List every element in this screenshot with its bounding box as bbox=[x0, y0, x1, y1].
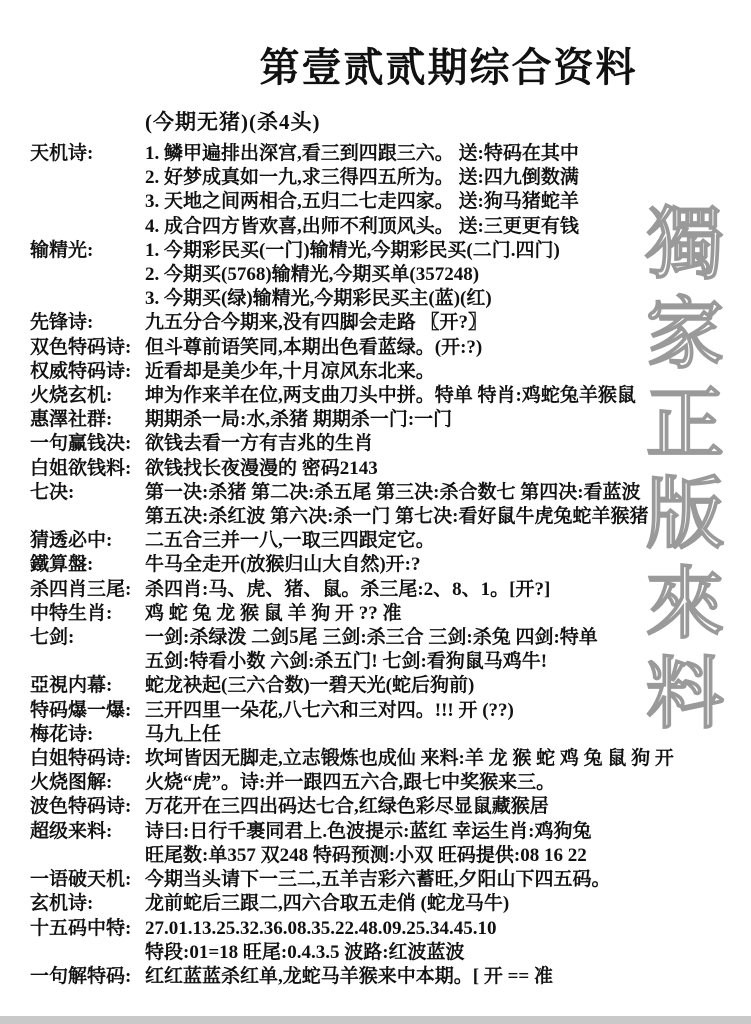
row-content: 诗曰:日行千裹同君上.色波提示:蓝红 幸运生肖:鸡狗兔旺尾数:单357 双248… bbox=[145, 820, 751, 868]
row-content: 牛马全走开(放猴归山大自然)开:? bbox=[145, 553, 751, 577]
row-line: 火烧“虎”。诗:并一跟四五六合,跟七中奖猴来三。 bbox=[145, 771, 751, 795]
data-row: 火烧图解:火烧“虎”。诗:并一跟四五六合,跟七中奖猴来三。 bbox=[30, 771, 751, 795]
row-line: 第五决:杀红波 第六决:杀一门 第七决:看好鼠牛虎兔蛇羊猴猪 bbox=[145, 505, 751, 529]
row-label: 波色特码诗: bbox=[30, 795, 145, 819]
data-row: 波色特码诗:万花开在三四出码达七合,红绿色彩尽显鼠藏猴居 bbox=[30, 795, 751, 819]
content-rows: 天机诗:1. 鳞甲遍排出深宫,看三到四跟三六。 送:特码在其中2. 好梦成真如一… bbox=[0, 142, 751, 989]
row-label: 白姐欲钱料: bbox=[30, 457, 145, 481]
row-content: 火烧“虎”。诗:并一跟四五六合,跟七中奖猴来三。 bbox=[145, 771, 751, 795]
row-line: 特段:01=18 旺尾:0.4.3.5 波路:红波蓝波 bbox=[145, 941, 751, 965]
row-line: 第一决:杀猪 第二决:杀五尾 第三决:杀合数七 第四决:看蓝波 bbox=[145, 481, 751, 505]
row-line: 一剑:杀绿泼 二剑5尾 三剑:杀三合 三剑:杀兔 四剑:特单 bbox=[145, 626, 751, 650]
row-content: 今期当头请下一三二,五羊吉彩六蓄旺,夕阳山下四五码。 bbox=[145, 868, 751, 892]
row-label: 火烧图解: bbox=[30, 771, 145, 795]
row-label: 亞視内幕: bbox=[30, 674, 145, 698]
row-label: 鐵算盤: bbox=[30, 553, 145, 577]
row-content: 近看却是美少年,十月凉风东北来。 bbox=[145, 360, 751, 384]
data-row: 一语破天机:今期当头请下一三二,五羊吉彩六蓄旺,夕阳山下四五码。 bbox=[30, 868, 751, 892]
row-line: 二五合三并一八,一取三四跟定它。 bbox=[145, 529, 751, 553]
data-row: 白姐欲钱料:欲钱找长夜漫漫的 密码2143 bbox=[30, 457, 751, 481]
row-content: 九五分合今期来,没有四脚会走路 〖开?〗 bbox=[145, 311, 751, 335]
lottery-info-sheet: 第壹贰贰期综合资料 (今期无猪)(杀4头) 天机诗:1. 鳞甲遍排出深宫,看三到… bbox=[0, 0, 751, 1024]
data-row: 先锋诗:九五分合今期来,没有四脚会走路 〖开?〗 bbox=[30, 311, 751, 335]
row-label: 天机诗: bbox=[30, 142, 145, 166]
row-line: 1. 鳞甲遍排出深宫,看三到四跟三六。 送:特码在其中 bbox=[145, 142, 751, 166]
page-title: 第壹贰贰期综合资料 bbox=[0, 0, 751, 90]
row-line: 红红蓝蓝杀红单,龙蛇马羊猴来中本期。[ 开 == 准 bbox=[145, 965, 751, 989]
row-line: 3. 今期买(绿)输精光,今期彩民买主(蓝)(红) bbox=[145, 287, 751, 311]
row-line: 鸡 蛇 兔 龙 猴 鼠 羊 狗 开 ?? 准 bbox=[145, 602, 751, 626]
row-content: 龙前蛇后三跟二,四六合取五走俏 (蛇龙马牛) bbox=[145, 892, 751, 916]
row-line: 但斗尊前语笑同,本期出色看蓝绿。(开:?) bbox=[145, 336, 751, 360]
data-row: 一句赢钱决:欲钱去看一方有吉兆的生肖 bbox=[30, 432, 751, 456]
row-content: 欲钱找长夜漫漫的 密码2143 bbox=[145, 457, 751, 481]
row-content: 坎坷皆因无脚走,立志锻炼也成仙 来料:羊 龙 猴 蛇 鸡 兔 鼠 狗 开 bbox=[145, 747, 751, 771]
bottom-gray-bar bbox=[0, 1016, 751, 1024]
row-content: 马九上任 bbox=[145, 723, 751, 747]
row-content: 坤为作来羊在位,两支曲刀头中拼。特单 特肖:鸡蛇兔羊猴鼠 bbox=[145, 384, 751, 408]
row-content: 27.01.13.25.32.36.08.35.22.48.09.25.34.4… bbox=[145, 917, 751, 965]
row-label: 七决: bbox=[30, 481, 145, 505]
row-line: 今期当头请下一三二,五羊吉彩六蓄旺,夕阳山下四五码。 bbox=[145, 868, 751, 892]
row-label: 杀四肖三尾: bbox=[30, 578, 145, 602]
row-line: 1. 今期彩民买(一门)输精光,今期彩民买(二门.四门) bbox=[145, 239, 751, 263]
data-row: 权威特码诗:近看却是美少年,十月凉风东北来。 bbox=[30, 360, 751, 384]
row-content: 第一决:杀猪 第二决:杀五尾 第三决:杀合数七 第四决:看蓝波第五决:杀红波 第… bbox=[145, 481, 751, 529]
row-content: 红红蓝蓝杀红单,龙蛇马羊猴来中本期。[ 开 == 准 bbox=[145, 965, 751, 989]
data-row: 七剑:一剑:杀绿泼 二剑5尾 三剑:杀三合 三剑:杀兔 四剑:特单五剑:特看小数… bbox=[30, 626, 751, 674]
row-content: 1. 鳞甲遍排出深宫,看三到四跟三六。 送:特码在其中2. 好梦成真如一九,求三… bbox=[145, 142, 751, 239]
data-row: 鐵算盤: 牛马全走开(放猴归山大自然)开:? bbox=[30, 553, 751, 577]
row-line: 万花开在三四出码达七合,红绿色彩尽显鼠藏猴居 bbox=[145, 795, 751, 819]
row-line: 近看却是美少年,十月凉风东北来。 bbox=[145, 360, 751, 384]
row-label: 梅花诗: bbox=[30, 723, 145, 747]
row-line: 3. 天地之间两相合,五归二七走四家。 送:狗马猪蛇羊 bbox=[145, 190, 751, 214]
row-line: 2. 今期买(5768)输精光,今期买单(357248) bbox=[145, 263, 751, 287]
data-row: 七决:第一决:杀猪 第二决:杀五尾 第三决:杀合数七 第四决:看蓝波第五决:杀红… bbox=[30, 481, 751, 529]
row-label: 先锋诗: bbox=[30, 311, 145, 335]
row-label: 七剑: bbox=[30, 626, 145, 650]
row-label: 猜透必中: bbox=[30, 529, 145, 553]
row-line: 龙前蛇后三跟二,四六合取五走俏 (蛇龙马牛) bbox=[145, 892, 751, 916]
row-line: 期期杀一局:水,杀猪 期期杀一门:一门 bbox=[145, 408, 751, 432]
data-row: 十五码中特:27.01.13.25.32.36.08.35.22.48.09.2… bbox=[30, 917, 751, 965]
row-line: 欲钱去看一方有吉兆的生肖 bbox=[145, 432, 751, 456]
row-content: 期期杀一局:水,杀猪 期期杀一门:一门 bbox=[145, 408, 751, 432]
row-label: 输精光: bbox=[30, 239, 145, 263]
row-content: 蛇龙袂起(三六合数)一碧天光(蛇后狗前) bbox=[145, 674, 751, 698]
data-row: 杀四肖三尾:杀四肖:马、虎、猪、鼠。杀三尾:2、8、1。[开?] bbox=[30, 578, 751, 602]
row-label: 火烧玄机: bbox=[30, 384, 145, 408]
data-row: 火烧玄机:坤为作来羊在位,两支曲刀头中拼。特单 特肖:鸡蛇兔羊猴鼠 bbox=[30, 384, 751, 408]
data-row: 白姐特码诗:坎坷皆因无脚走,立志锻炼也成仙 来料:羊 龙 猴 蛇 鸡 兔 鼠 狗… bbox=[30, 747, 751, 771]
row-line: 牛马全走开(放猴归山大自然)开:? bbox=[145, 553, 751, 577]
data-row: 一句解特码:红红蓝蓝杀红单,龙蛇马羊猴来中本期。[ 开 == 准 bbox=[30, 965, 751, 989]
data-row: 天机诗:1. 鳞甲遍排出深宫,看三到四跟三六。 送:特码在其中2. 好梦成真如一… bbox=[30, 142, 751, 239]
data-row: 中特生肖:鸡 蛇 兔 龙 猴 鼠 羊 狗 开 ?? 准 bbox=[30, 602, 751, 626]
row-line: 坤为作来羊在位,两支曲刀头中拼。特单 特肖:鸡蛇兔羊猴鼠 bbox=[145, 384, 751, 408]
row-label: 双色特码诗: bbox=[30, 336, 145, 360]
data-row: 猜透必中:二五合三并一八,一取三四跟定它。 bbox=[30, 529, 751, 553]
row-content: 万花开在三四出码达七合,红绿色彩尽显鼠藏猴居 bbox=[145, 795, 751, 819]
row-label: 权威特码诗: bbox=[30, 360, 145, 384]
row-content: 但斗尊前语笑同,本期出色看蓝绿。(开:?) bbox=[145, 336, 751, 360]
row-line: 三开四里一朵花,八七六和三对四。!!! 开 (??) bbox=[145, 699, 751, 723]
row-line: 坎坷皆因无脚走,立志锻炼也成仙 来料:羊 龙 猴 蛇 鸡 兔 鼠 狗 开 bbox=[145, 747, 751, 771]
data-row: 亞視内幕:蛇龙袂起(三六合数)一碧天光(蛇后狗前) bbox=[30, 674, 751, 698]
data-row: 玄机诗:龙前蛇后三跟二,四六合取五走俏 (蛇龙马牛) bbox=[30, 892, 751, 916]
row-line: 旺尾数:单357 双248 特码预测:小双 旺码提供:08 16 22 bbox=[145, 844, 751, 868]
row-line: 马九上任 bbox=[145, 723, 751, 747]
row-line: 诗曰:日行千裹同君上.色波提示:蓝红 幸运生肖:鸡狗兔 bbox=[145, 820, 751, 844]
data-row: 梅花诗:马九上任 bbox=[30, 723, 751, 747]
row-content: 三开四里一朵花,八七六和三对四。!!! 开 (??) bbox=[145, 699, 751, 723]
row-label: 中特生肖: bbox=[30, 602, 145, 626]
row-label: 惠澤社群: bbox=[30, 408, 145, 432]
row-line: 五剑:特看小数 六剑:杀五门! 七剑:看狗鼠马鸡牛! bbox=[145, 650, 751, 674]
row-line: 4. 成合四方皆欢喜,出师不利顶风头。 送:三更更有钱 bbox=[145, 215, 751, 239]
row-label: 一句解特码: bbox=[30, 965, 145, 989]
row-label: 特码爆一爆: bbox=[30, 699, 145, 723]
data-row: 输精光:1. 今期彩民买(一门)输精光,今期彩民买(二门.四门)2. 今期买(5… bbox=[30, 239, 751, 312]
row-line: 九五分合今期来,没有四脚会走路 〖开?〗 bbox=[145, 311, 751, 335]
row-line: 2. 好梦成真如一九,求三得四五所为。 送:四九倒数满 bbox=[145, 166, 751, 190]
row-line: 杀四肖:马、虎、猪、鼠。杀三尾:2、8、1。[开?] bbox=[145, 578, 751, 602]
row-content: 杀四肖:马、虎、猪、鼠。杀三尾:2、8、1。[开?] bbox=[145, 578, 751, 602]
row-content: 1. 今期彩民买(一门)输精光,今期彩民买(二门.四门)2. 今期买(5768)… bbox=[145, 239, 751, 312]
row-line: 欲钱找长夜漫漫的 密码2143 bbox=[145, 457, 751, 481]
data-row: 双色特码诗:但斗尊前语笑同,本期出色看蓝绿。(开:?) bbox=[30, 336, 751, 360]
row-content: 鸡 蛇 兔 龙 猴 鼠 羊 狗 开 ?? 准 bbox=[145, 602, 751, 626]
data-row: 超级来料:诗曰:日行千裹同君上.色波提示:蓝红 幸运生肖:鸡狗兔旺尾数:单357… bbox=[30, 820, 751, 868]
row-label: 一句赢钱决: bbox=[30, 432, 145, 456]
row-line: 蛇龙袂起(三六合数)一碧天光(蛇后狗前) bbox=[145, 674, 751, 698]
row-label: 白姐特码诗: bbox=[30, 747, 145, 771]
row-label: 超级来料: bbox=[30, 820, 145, 844]
subtitle: (今期无猪)(杀4头) bbox=[145, 106, 751, 136]
row-label: 十五码中特: bbox=[30, 917, 145, 941]
row-label: 一语破天机: bbox=[30, 868, 145, 892]
row-line: 27.01.13.25.32.36.08.35.22.48.09.25.34.4… bbox=[145, 917, 751, 941]
row-content: 一剑:杀绿泼 二剑5尾 三剑:杀三合 三剑:杀兔 四剑:特单五剑:特看小数 六剑… bbox=[145, 626, 751, 674]
data-row: 特码爆一爆:三开四里一朵花,八七六和三对四。!!! 开 (??) bbox=[30, 699, 751, 723]
row-content: 欲钱去看一方有吉兆的生肖 bbox=[145, 432, 751, 456]
data-row: 惠澤社群:期期杀一局:水,杀猪 期期杀一门:一门 bbox=[30, 408, 751, 432]
row-content: 二五合三并一八,一取三四跟定它。 bbox=[145, 529, 751, 553]
row-label: 玄机诗: bbox=[30, 892, 145, 916]
